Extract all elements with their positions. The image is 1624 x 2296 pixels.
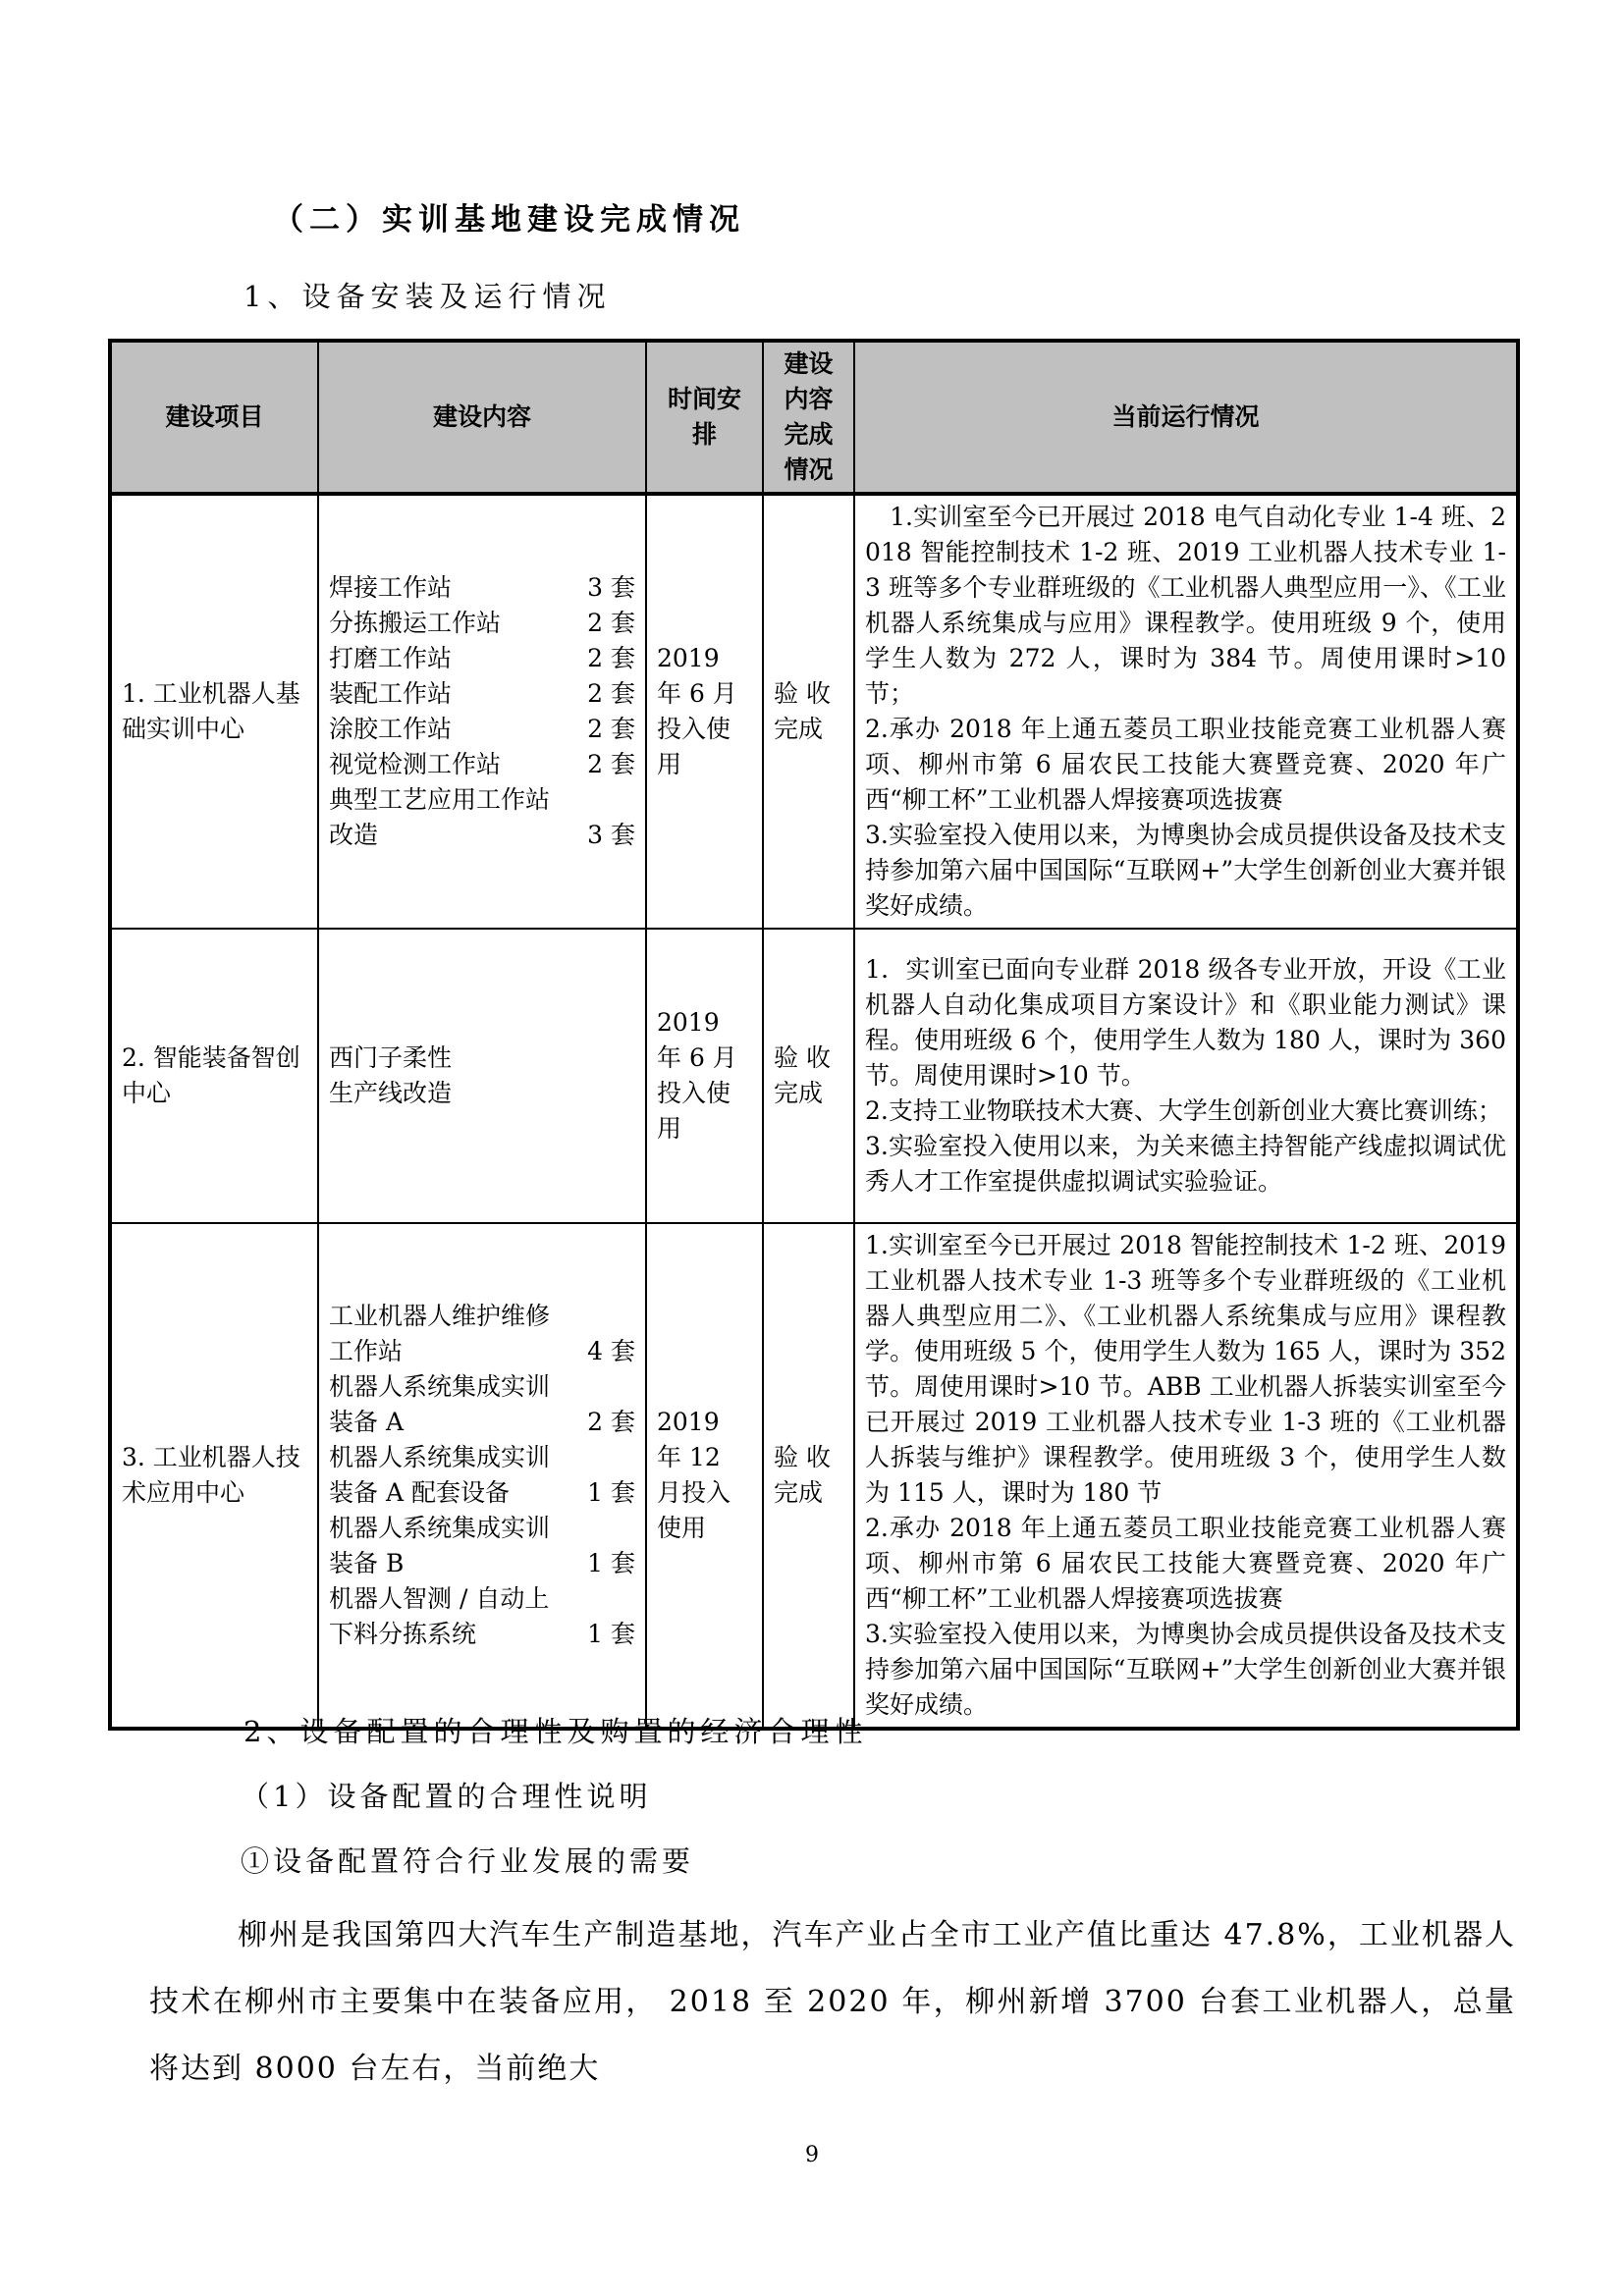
item-name: 工业机器人维护维修工作站: [329, 1299, 572, 1369]
header-content: 建设内容: [318, 341, 646, 494]
content-item: 工业机器人维护维修工作站4 套: [329, 1299, 635, 1369]
content-item: 机器人智测 / 自动上下料分拣系统1 套: [329, 1581, 635, 1652]
item-name: 机器人智测 / 自动上下料分拣系统: [329, 1581, 572, 1652]
project-cell: 3. 工业机器人技术应用中心: [110, 1223, 318, 1729]
item-name: 分拣搬运工作站: [329, 606, 501, 641]
subsection-heading-equipment-install: 1、设备安装及运行情况: [244, 275, 611, 315]
status-cell: 1．实训室已面向专业群 2018 级各专业开放，开设《工业机器人自动化集成项目方…: [854, 929, 1518, 1223]
schedule-cell: 2019 年 6 月 投入使 用: [646, 929, 763, 1223]
table-row: 1. 工业机器人基础实训中心 焊接工作站3 套分拣搬运工作站2 套打磨工作站2 …: [110, 494, 1518, 929]
item-qty: 1 套: [587, 1475, 635, 1511]
table-header-row: 建设项目 建设内容 时间安 排 建设 内容 完成 情况 当前运行情况: [110, 341, 1518, 494]
item-name: 装配工作站: [329, 676, 452, 712]
item-qty: 2 套: [587, 676, 635, 712]
item-qty: 3 套: [587, 818, 635, 853]
page-number: 9: [0, 2143, 1624, 2167]
item-name: 焊接工作站: [329, 570, 452, 606]
item-qty: 4 套: [587, 1334, 635, 1369]
item-name: 涂胶工作站: [329, 712, 452, 747]
completion-cell: 验 收 完成: [763, 1223, 854, 1729]
content-item: 分拣搬运工作站2 套: [329, 606, 635, 641]
table-row: 3. 工业机器人技术应用中心 工业机器人维护维修工作站4 套机器人系统集成实训装…: [110, 1223, 1518, 1729]
content-item: 视觉检测工作站2 套: [329, 747, 635, 782]
subsection-heading-rationality-note: （1）设备配置的合理性说明: [241, 1775, 651, 1815]
item-qty: 2 套: [587, 1405, 635, 1440]
document-page: { "colors": { "header_bg": "#c0c0c0", "b…: [0, 0, 1624, 2296]
header-completion: 建设 内容 完成 情况: [763, 341, 854, 494]
schedule-cell: 2019 年 6 月 投入使 用: [646, 494, 763, 929]
item-qty: 2 套: [587, 641, 635, 676]
item-name: 视觉检测工作站: [329, 747, 501, 782]
content-item: 装配工作站2 套: [329, 676, 635, 712]
status-cell: 1.实训室至今已开展过 2018 电气自动化专业 1-4 班、2018 智能控制…: [854, 494, 1518, 929]
header-project: 建设项目: [110, 341, 318, 494]
header-schedule: 时间安 排: [646, 341, 763, 494]
content-item: 机器人系统集成实训装备 B1 套: [329, 1511, 635, 1581]
content-cell: 工业机器人维护维修工作站4 套机器人系统集成实训装备 A2 套机器人系统集成实训…: [318, 1223, 646, 1729]
body-paragraph: 柳州是我国第四大汽车生产制造基地，汽车产业占全市工业产值比重达 47.8%，工业…: [149, 1902, 1516, 2103]
content-cell: 西门子柔性 生产线改造: [318, 929, 646, 1223]
content-cell: 焊接工作站3 套分拣搬运工作站2 套打磨工作站2 套装配工作站2 套涂胶工作站2…: [318, 494, 646, 929]
item-name: 机器人系统集成实训装备 A 配套设备: [329, 1440, 572, 1511]
header-status: 当前运行情况: [854, 341, 1518, 494]
project-cell: 1. 工业机器人基础实训中心: [110, 494, 318, 929]
item-qty: 1 套: [587, 1546, 635, 1581]
item-qty: 2 套: [587, 606, 635, 641]
item-qty: 2 套: [587, 712, 635, 747]
content-item: 机器人系统集成实训装备 A2 套: [329, 1369, 635, 1440]
item-name: 西门子柔性 生产线改造: [329, 1041, 452, 1111]
subsection-heading-rationality: 2、设备配置的合理性及购置的经济合理性: [244, 1710, 867, 1750]
project-cell: 2. 智能装备智创中心: [110, 929, 318, 1223]
schedule-cell: 2019 年 12 月投入 使用: [646, 1223, 763, 1729]
equipment-status-table: 建设项目 建设内容 时间安 排 建设 内容 完成 情况 当前运行情况 1. 工业…: [108, 339, 1520, 1731]
completion-cell: 验 收 完成: [763, 494, 854, 929]
content-item: 机器人系统集成实训装备 A 配套设备1 套: [329, 1440, 635, 1511]
item-name: 打磨工作站: [329, 641, 452, 676]
content-item: 涂胶工作站2 套: [329, 712, 635, 747]
section-heading: （二）实训基地建设完成情况: [273, 194, 745, 239]
item-qty: 2 套: [587, 747, 635, 782]
table-row: 2. 智能装备智创中心 西门子柔性 生产线改造 2019 年 6 月 投入使 用…: [110, 929, 1518, 1223]
content-item: 西门子柔性 生产线改造: [329, 1041, 635, 1111]
item-name: 机器人系统集成实训装备 A: [329, 1369, 572, 1440]
content-item: 打磨工作站2 套: [329, 641, 635, 676]
content-item: 典型工艺应用工作站改造3 套: [329, 782, 635, 853]
completion-cell: 验 收 完成: [763, 929, 854, 1223]
item-name: 机器人系统集成实训装备 B: [329, 1511, 572, 1581]
item-qty: 1 套: [587, 1617, 635, 1652]
status-cell: 1.实训室至今已开展过 2018 智能控制技术 1-2 班、2019 工业机器人…: [854, 1223, 1518, 1729]
item-qty: 3 套: [587, 570, 635, 606]
item-name: 典型工艺应用工作站改造: [329, 782, 572, 853]
content-item: 焊接工作站3 套: [329, 570, 635, 606]
subsection-heading-industry-need: ①设备配置符合行业发展的需要: [241, 1840, 694, 1880]
